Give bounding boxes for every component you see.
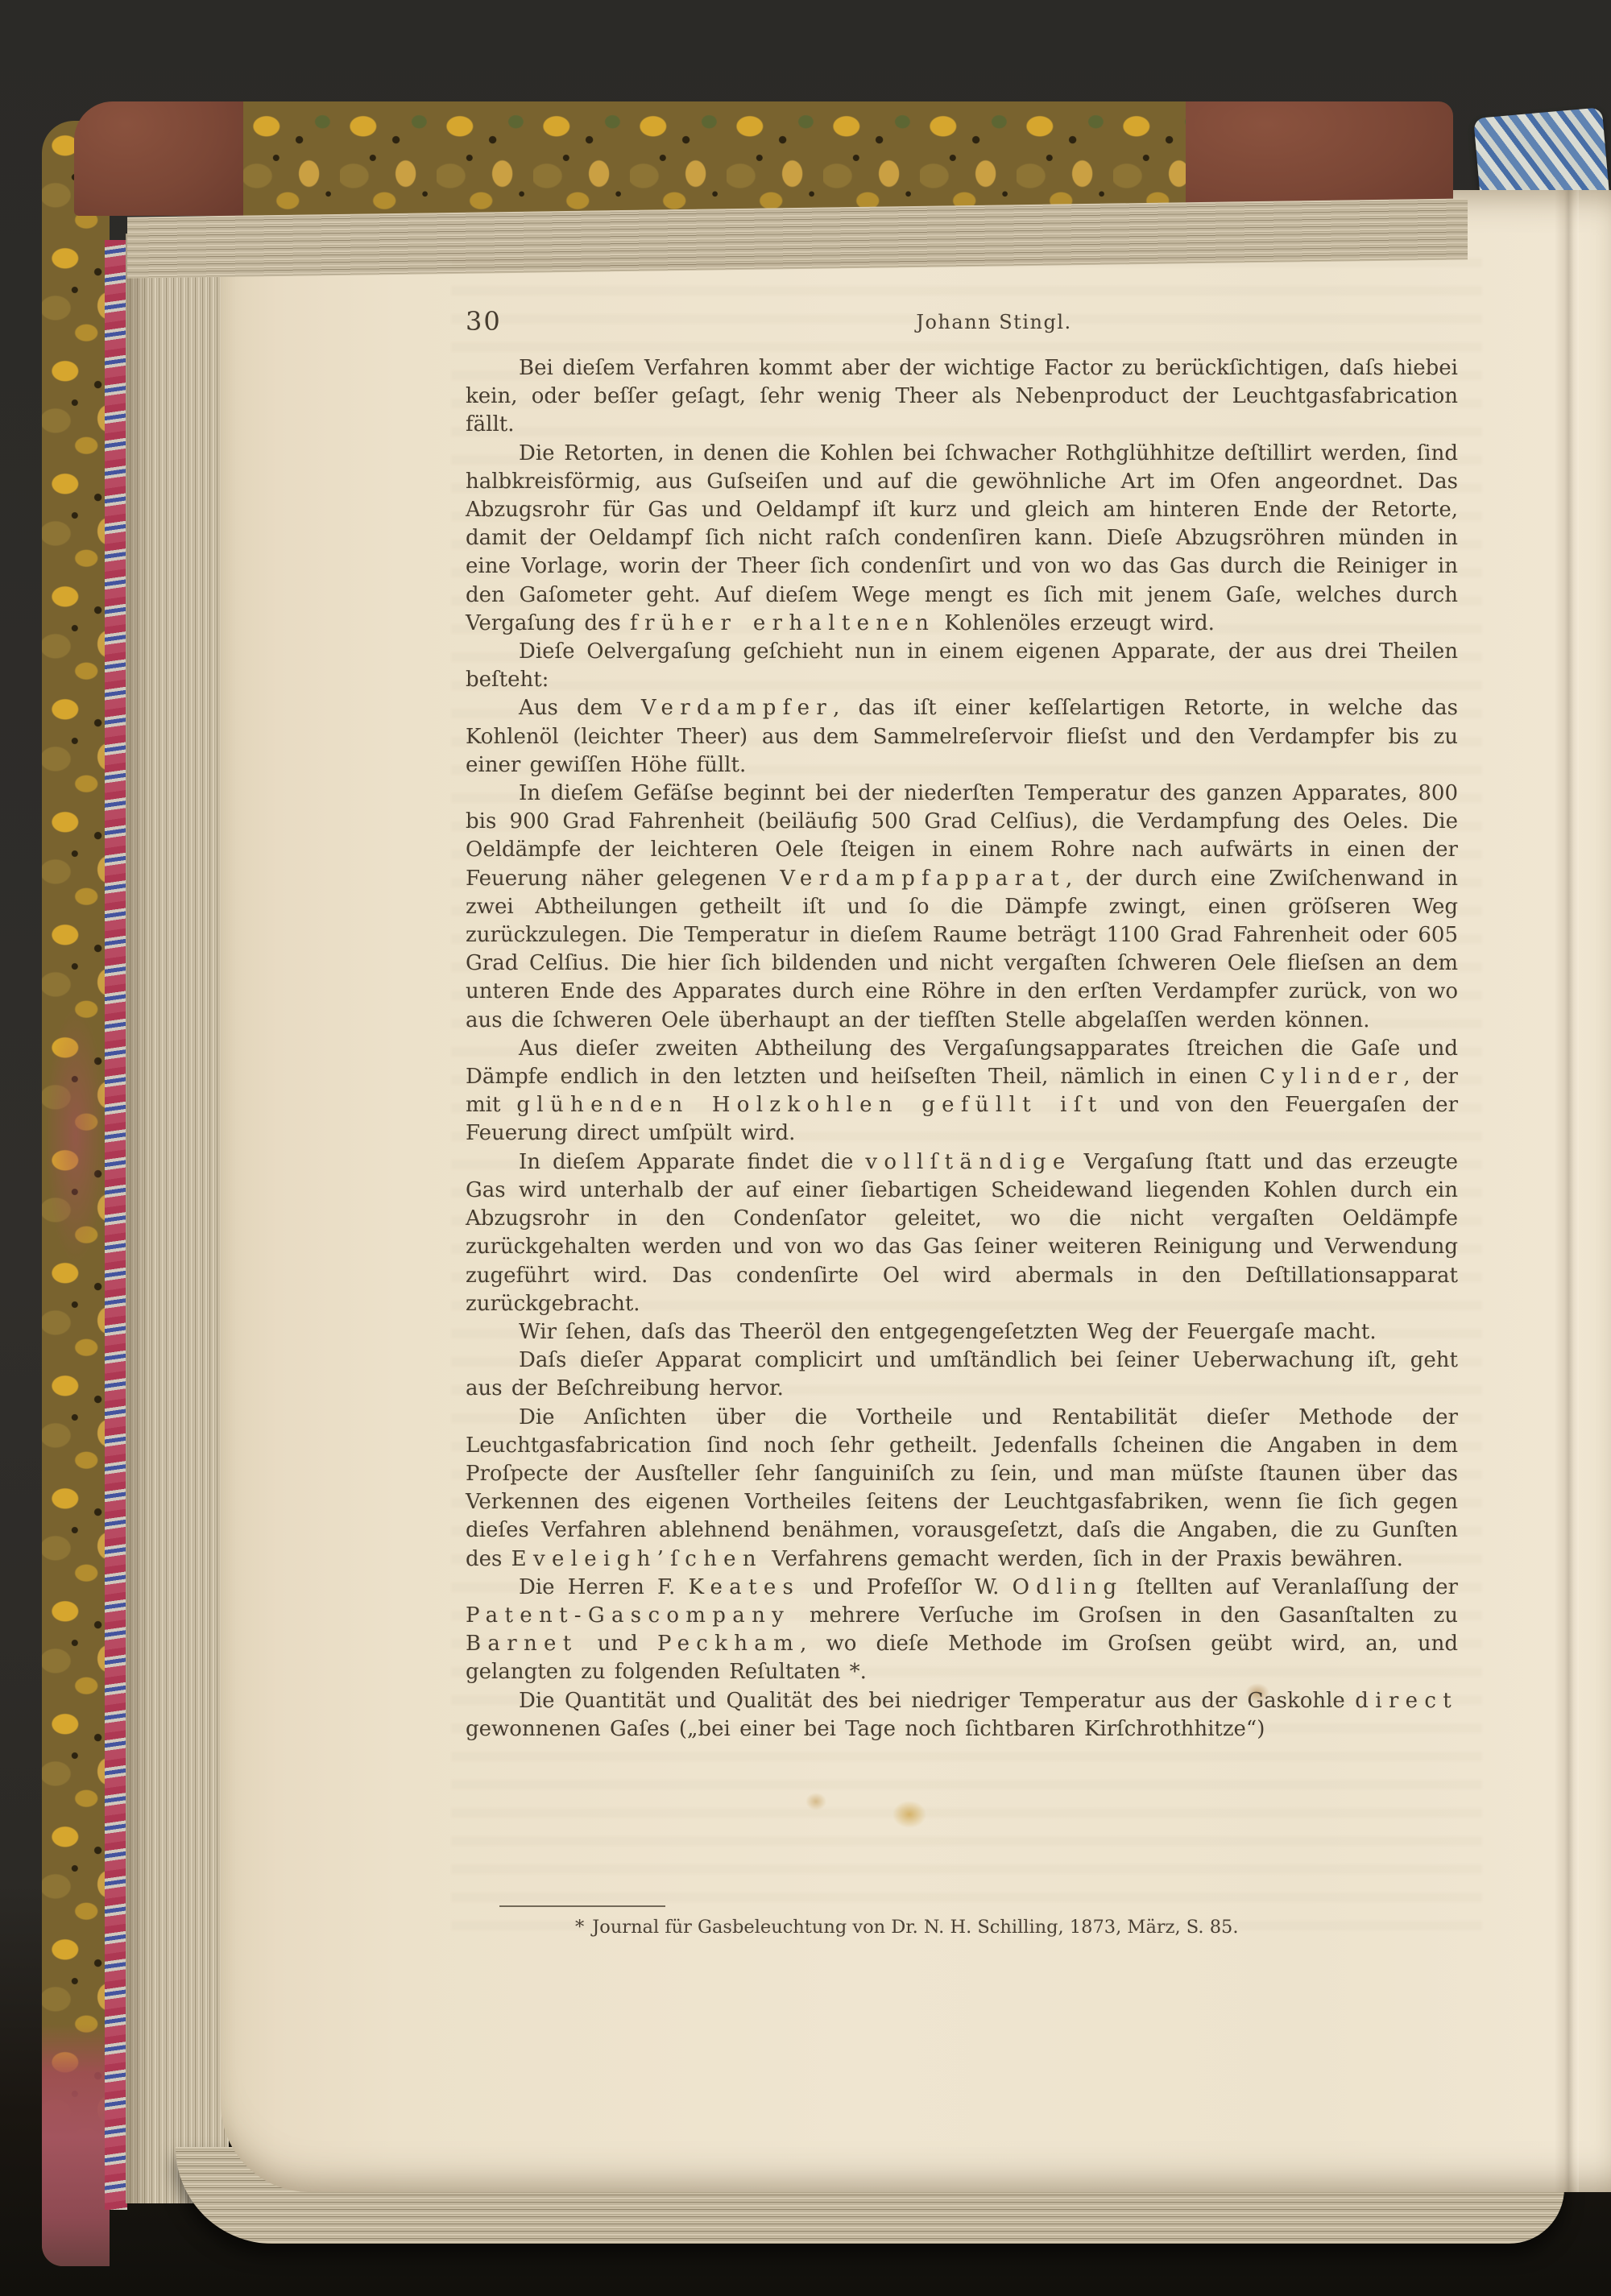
paragraph: In dieſem Apparate findet die vollſtändi… [466,1148,1458,1318]
letterspaced-text: glühenden Holzkohlen gefüllt iſt [516,1093,1103,1117]
paragraph: Die Anſichten über die Vortheile und Ren… [466,1404,1458,1574]
body-text: Vergaſung ſtatt und das erzeugte Gas wir… [466,1150,1458,1316]
letterspaced-text: vollſtändige [865,1150,1071,1174]
letterspaced-text: Eveleigh’ſchen [511,1547,763,1571]
paragraph: Wir ſehen, daſs das Theeröl den entgegen… [466,1318,1458,1347]
letterspaced-text: Patent-Gascompany [466,1603,790,1628]
paragraph: Daſs dieſer Apparat complicirt und umſtä… [466,1347,1458,1403]
paragraph: Aus dieſer zweiten Abtheilung des Vergaſ… [466,1035,1458,1148]
cover-leather-bottom-corner [42,2025,110,2266]
letterspaced-text: direct [1355,1689,1458,1713]
cover-leather-corner-left [74,101,245,216]
letterspaced-text: Odling [1013,1575,1124,1599]
body-text: Dieſe Oelvergaſung geſchieht nun in eine… [466,639,1458,692]
letterspaced-text: Keates [689,1575,801,1599]
footnote-text: Journal für Gasbeleuchtung von Dr. N. H.… [592,1917,1238,1938]
body-text: und [578,1632,657,1656]
foxing-stain [805,1793,826,1810]
gutter-crease [1555,190,1579,2192]
paragraph: In dieſem Gefäſse beginnt bei der nieder… [466,780,1458,1035]
body-text: Wir ſehen, daſs das Theeröl den entgegen… [519,1320,1377,1344]
paragraph: Dieſe Oelvergaſung geſchieht nun in eine… [466,638,1458,694]
letterspaced-text: Cylinder [1259,1065,1403,1089]
body-text: , der durch eine Zwiſchenwand in zwei Ab… [466,867,1458,1032]
paragraph: Die Herren F. Keates und Profeſſor W. Od… [466,1574,1458,1687]
letterspaced-text: Barnet [466,1632,578,1656]
footnote: *Journal für Gasbeleuchtung von Dr. N. H… [466,1917,1458,1938]
body-text: und Profeſſor W. [800,1575,1012,1599]
letterspaced-text: Verdampfapparat [780,867,1066,891]
cover-marbled-left-edge [42,121,110,2266]
body-text: Die Retorten, in denen die Kohlen bei ſc… [466,441,1458,635]
body-text: In dieſem Apparate findet die [519,1150,865,1174]
page-number: 30 [466,306,502,337]
foxing-stain [892,1801,926,1828]
running-head: Johann Stingl. [498,311,1490,333]
text-block: Bei dieſem Verfahren kommt aber der wich… [466,354,1458,1744]
paragraph: Aus dem Verdampfer, das iſt einer keſſel… [466,694,1458,780]
cover-marbled-top-edge [243,101,1187,216]
letterspaced-text: früher erhaltenen [630,611,935,635]
body-text: Verfahrens gemacht werden, ſich in der P… [763,1547,1403,1571]
letterspaced-text: Peckham [657,1632,800,1656]
marbled-endpaper-strip [105,240,127,2210]
cover-top-edge [74,101,1453,216]
letterspaced-text: Verdampfer [641,696,833,720]
footnote-marker: * [575,1917,592,1938]
paragraph: Die Quantität und Qualität des bei niedr… [466,1687,1458,1744]
paragraph: Die Retorten, in denen die Kohlen bei ſc… [466,440,1458,638]
paragraph: Bei dieſem Verfahren kommt aber der wich… [466,354,1458,440]
body-text: Aus dem [519,696,641,720]
cover-red-marble-tint [42,966,110,1305]
page-fore-edge-stack [126,234,229,2203]
footnote-rule [499,1905,665,1907]
body-text: ſtellten auf Veranlaſſung der [1123,1575,1458,1599]
body-text: Kohlenöles erzeugt wird. [935,611,1215,635]
body-text: Bei dieſem Verfahren kommt aber der wich… [466,356,1458,436]
book-scan: 30 Johann Stingl. Bei dieſem Verfahren k… [0,0,1611,2296]
body-text: Die Herren F. [519,1575,689,1599]
body-text: mehrere Verſuche im Groſsen in den Gasan… [790,1603,1458,1628]
body-text: gewonnenen Gaſes („bei einer bei Tage no… [466,1717,1265,1741]
body-text: Daſs dieſer Apparat complicirt und umſtä… [466,1348,1458,1400]
body-text: Die Quantität und Qualität des bei niedr… [519,1689,1355,1713]
